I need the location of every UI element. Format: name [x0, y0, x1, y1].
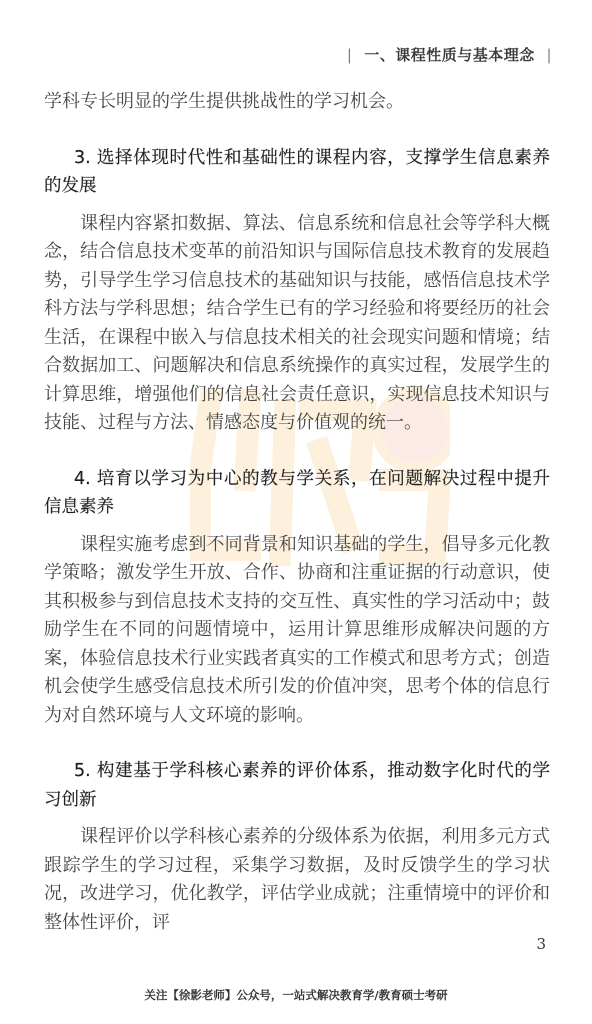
section-heading-3: 3. 选择体现时代性和基础性的课程内容，支撑学生信息素养的发展: [44, 144, 550, 201]
running-header: | 一、课程性质与基本理念 |: [341, 44, 558, 65]
footer-note: 关注【徐影老师】公众号，一站式解决教育学/教育硕士考研: [0, 987, 592, 1003]
section-heading-4: 4. 培育以学习为中心的教与学关系，在问题解决过程中提升信息素养: [44, 465, 550, 522]
chapter-title: 一、课程性质与基本理念: [364, 46, 535, 64]
section-body-5: 课程评价以学科核心素养的分级体系为依据，利用多元方式跟踪学生的学习过程，采集学习…: [44, 823, 550, 937]
header-divider-left: |: [347, 46, 353, 64]
continued-paragraph: 学科专长明显的学生提供挑战性的学习机会。: [44, 88, 550, 117]
section-body-3: 课程内容紧扣数据、算法、信息系统和信息社会等学科大概念，结合信息技术变革的前沿知…: [44, 210, 550, 438]
page-content: 学科专长明显的学生提供挑战性的学习机会。 3. 选择体现时代性和基础性的课程内容…: [44, 88, 550, 937]
section-body-4: 课程实施考虑到不同背景和知识基础的学生，倡导多元化教学策略；激发学生开放、合作、…: [44, 531, 550, 731]
header-divider-right: |: [546, 46, 552, 64]
page-number: 3: [536, 935, 546, 953]
section-heading-5: 5. 构建基于学科核心素养的评价体系，推动数字化时代的学习创新: [44, 757, 550, 814]
